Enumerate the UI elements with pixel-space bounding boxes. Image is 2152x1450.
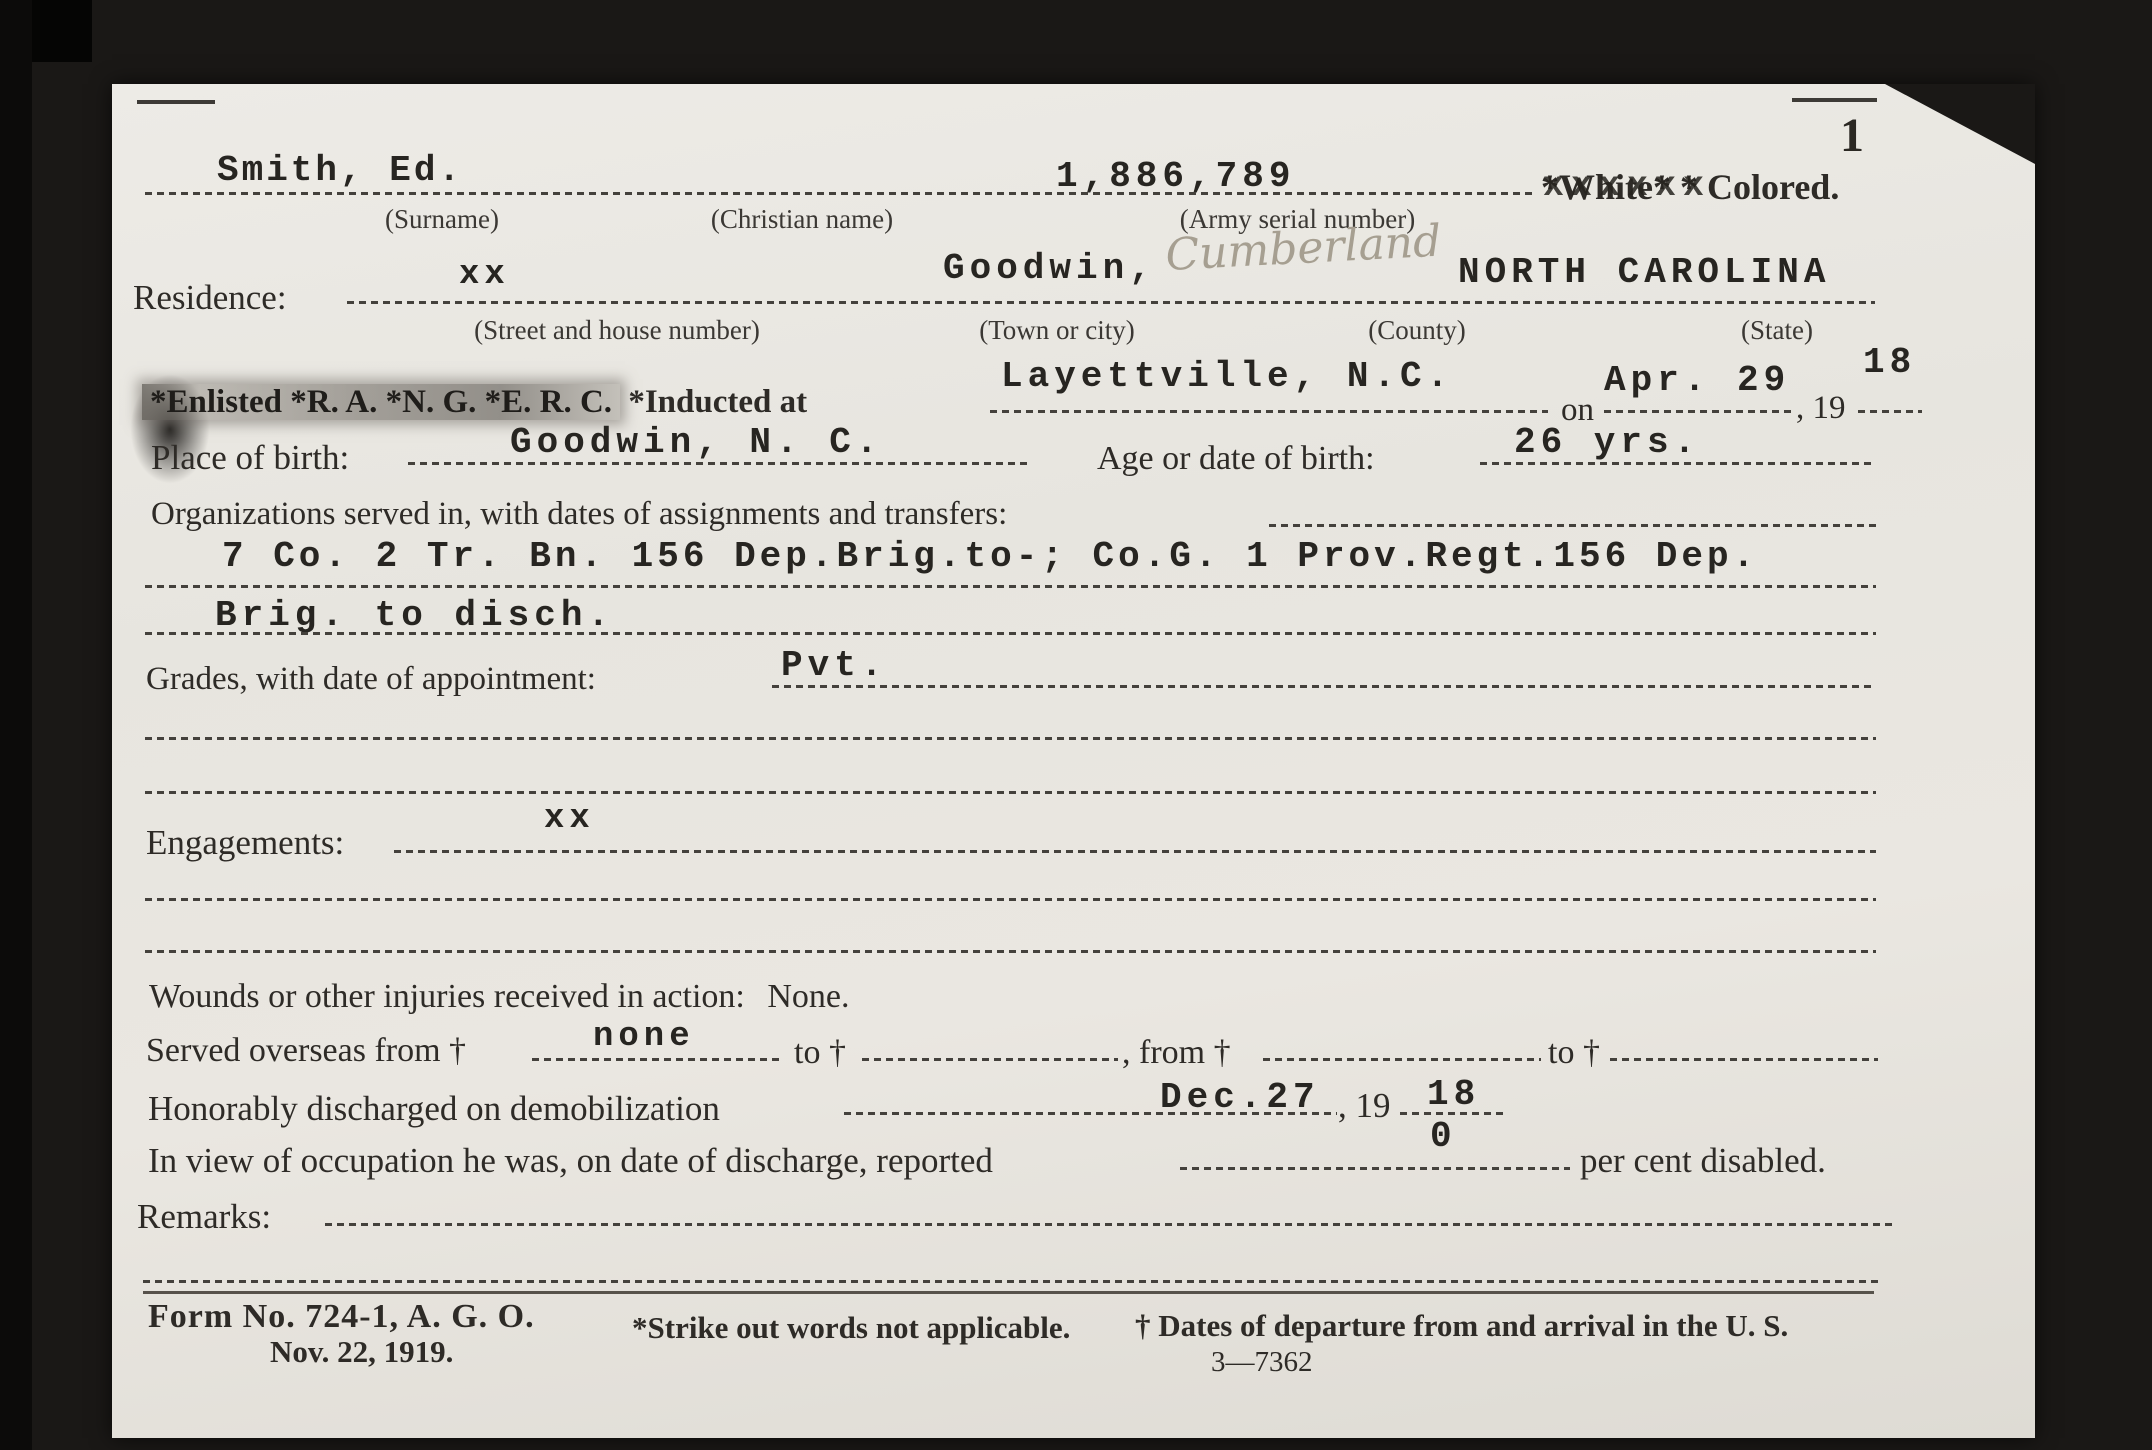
service-record-card: 1 Smith, Ed. 1,886,789 *White* xxxxxx * … (112, 84, 2035, 1438)
footer-rule (143, 1291, 1874, 1294)
overseas-to1-label: to † (794, 1034, 846, 1072)
form-date: Nov. 22, 1919. (270, 1334, 453, 1370)
age-label: Age or date of birth: (1097, 440, 1375, 478)
race-white-struck: *White* xxxxxx (1541, 166, 1671, 208)
dashed-line (532, 1058, 784, 1061)
dashed-line (145, 632, 1876, 635)
strike-out-note: *Strike out words not applicable. (632, 1310, 1070, 1346)
christian-name-caption: (Christian name) (672, 204, 932, 235)
state-caption: (State) (1662, 315, 1892, 346)
scanned-card-page: { "page": { "number": "1" }, "header": {… (0, 0, 2152, 1450)
dagger-note: † Dates of departure from and arrival in… (1135, 1308, 1788, 1344)
age-entry: 26 yrs. (1514, 422, 1700, 463)
dashed-line (145, 791, 1876, 794)
scan-left-dark-edge (0, 0, 32, 1450)
engagements-entry: xx (544, 800, 595, 838)
print-code: 3—7362 (1211, 1346, 1313, 1379)
percent-disabled-entry: 0 (1430, 1116, 1457, 1157)
dashed-line (1180, 1167, 1570, 1170)
dashed-line (1480, 462, 1876, 465)
residence-town-entry: Goodwin, (943, 248, 1156, 289)
percent-disabled-label: per cent disabled. (1580, 1141, 1826, 1181)
card-torn-corner (1885, 84, 2035, 164)
wounds-line: Wounds or other injuries received in act… (149, 978, 850, 1016)
overseas-to2-label: to † (1548, 1034, 1600, 1072)
dashed-line (394, 850, 1876, 853)
dashed-line (145, 192, 1537, 195)
residence-state-entry: NORTH CAROLINA (1458, 252, 1830, 293)
organizations-line1: 7 Co. 2 Tr. Bn. 156 Dep.Brig.to-; Co.G. … (222, 536, 1758, 577)
grades-label: Grades, with date of appointment: (146, 661, 596, 698)
dashed-line (145, 898, 1876, 901)
year-19-label: , 19 (1796, 390, 1846, 427)
dashed-line (145, 950, 1876, 953)
dashed-line (143, 1280, 1880, 1283)
grade-entry: Pvt. (781, 645, 887, 686)
race-strike-overlay: xxxxxx (1543, 166, 1711, 206)
enlisted-options-struck: *Enlisted *R. A. *N. G. *E. R. C. (142, 384, 620, 420)
discharge-year-entry: 18 (1427, 1074, 1480, 1115)
occupation-label: In view of occupation he was, on date of… (148, 1141, 993, 1181)
dashed-line (347, 301, 1875, 304)
dashed-line (1858, 410, 1922, 413)
town-caption: (Town or city) (932, 315, 1182, 346)
dashed-line (408, 462, 1032, 465)
surname-caption: (Surname) (312, 204, 572, 235)
remarks-label: Remarks: (137, 1197, 271, 1237)
residence-street-entry: xx (459, 256, 510, 294)
page-number: 1 (1840, 108, 1864, 163)
dashed-line (1269, 524, 1876, 527)
street-caption: (Street and house number) (472, 315, 762, 346)
induction-line: *Enlisted *R. A. *N. G. *E. R. C. *Induc… (142, 384, 807, 421)
race-field: *White* xxxxxx * Colored. (1541, 166, 1839, 208)
inducted-at-label: *Inducted at (628, 384, 807, 420)
registration-tick-left (137, 100, 215, 104)
dashed-line (145, 737, 1876, 740)
wounds-entry: None. (767, 978, 849, 1015)
wounds-label: Wounds or other injuries received in act… (149, 978, 745, 1015)
dashed-line (1610, 1058, 1878, 1061)
dashed-line (862, 1058, 1118, 1061)
serial-number-entry: 1,886,789 (1056, 156, 1295, 197)
dashed-line (325, 1223, 1892, 1226)
discharge-year-label: , 19 (1338, 1086, 1391, 1126)
overseas-from1-entry: none (593, 1018, 695, 1056)
engagements-label: Engagements: (146, 823, 344, 863)
dashed-line (1604, 410, 1792, 413)
place-of-birth-label: Place of birth: (151, 438, 349, 478)
place-of-birth-entry: Goodwin, N. C. (510, 422, 882, 463)
dashed-line (145, 585, 1876, 588)
organizations-line2: Brig. to disch. (215, 595, 614, 636)
county-caption: (County) (1302, 315, 1532, 346)
dashed-line (990, 410, 1548, 413)
inducted-place-entry: Layettville, N.C. (1001, 356, 1453, 397)
organizations-label: Organizations served in, with dates of a… (151, 496, 1007, 533)
induction-year-entry: 18 (1863, 342, 1916, 383)
discharge-date-entry: Dec.27 (1160, 1077, 1320, 1118)
overseas-from1-label: Served overseas from † (146, 1032, 466, 1070)
registration-tick-right (1792, 98, 1877, 102)
surname-entry: Smith, Ed. (217, 150, 463, 191)
overseas-from2-label: , from † (1122, 1034, 1231, 1072)
dashed-line (1263, 1058, 1541, 1061)
induction-date-entry: Apr. 29 (1604, 360, 1790, 401)
discharge-label: Honorably discharged on demobilization (148, 1089, 720, 1129)
residence-label: Residence: (133, 278, 287, 318)
dashed-line (772, 685, 1876, 688)
form-number: Form No. 724-1, A. G. O. (148, 1298, 535, 1336)
